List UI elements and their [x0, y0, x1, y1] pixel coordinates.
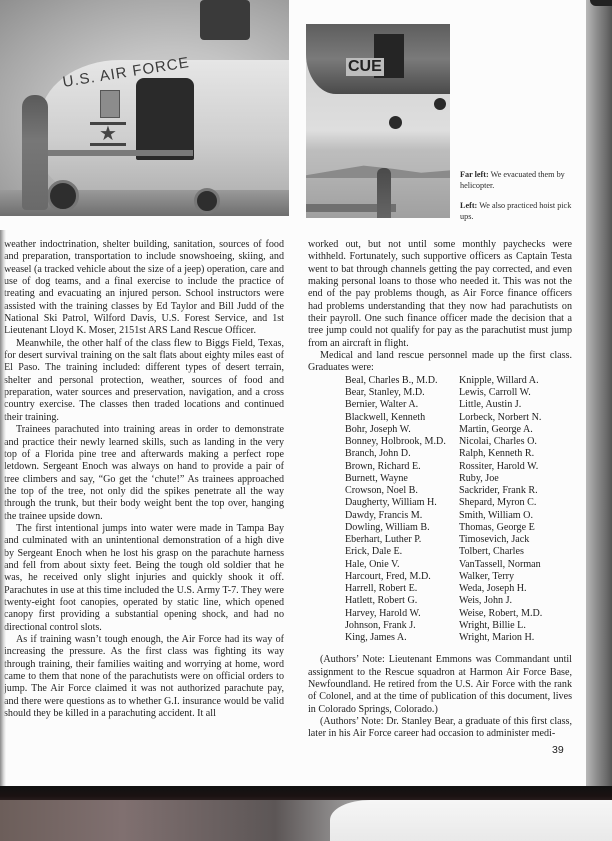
graduate: Weise, Robert, M.D.: [459, 608, 579, 620]
wheel-icon: [194, 188, 220, 214]
graduate: Ralph, Kenneth R.: [459, 448, 579, 460]
graduates-list: Beal, Charles B., M.D.Knipple, Willard A…: [345, 375, 572, 645]
left-text-column: weather indoctrination, shelter building…: [4, 239, 284, 720]
caption-far-left: Far left: We evacuated them by helicopte…: [460, 170, 578, 191]
graduate: VanTassell, Norman: [459, 559, 579, 571]
star-insignia-icon: ★: [90, 122, 126, 146]
graduate: Bonney, Holbrook, M.D.: [345, 436, 455, 448]
graduate: Brown, Richard E.: [345, 461, 455, 473]
paragraph: As if training wasn’t tough enough, the …: [4, 634, 284, 720]
fuselage-lettering: CUE: [346, 58, 384, 76]
graduate: Branch, John D.: [345, 448, 455, 460]
graduate: Harrell, Robert E.: [345, 583, 455, 595]
graduate: Weis, John J.: [459, 595, 579, 607]
graduate: Walker, Terry: [459, 571, 579, 583]
airman-figure: [22, 95, 48, 210]
binding-gutter-shadow: [0, 230, 6, 786]
graduate: Nicolai, Charles O.: [459, 436, 579, 448]
paragraph: Trainees parachuted into training areas …: [4, 424, 284, 523]
graduate: Burnett, Wayne: [345, 473, 455, 485]
graduate: Daugherty, William H.: [345, 497, 455, 509]
authors-notes: (Authors’ Note: Lieutenant Emmons was Co…: [308, 654, 572, 740]
helicopter-door: [136, 78, 194, 160]
graduate: Wright, Marion H.: [459, 632, 579, 644]
graduate: Eberhart, Luther P.: [345, 534, 455, 546]
graduate: Shepard, Myron C.: [459, 497, 579, 509]
graduate: Lorbeck, Norbert N.: [459, 412, 579, 424]
authors-note: (Authors’ Note: Dr. Stanley Bear, a grad…: [308, 716, 572, 741]
page-edge-shadow: [586, 0, 612, 790]
graduate: Bernier, Walter A.: [345, 399, 455, 411]
graduate: Ruby, Joe: [459, 473, 579, 485]
graduate: Wright, Billie L.: [459, 620, 579, 632]
photo-helicopter-evacuation: U.S. AIR FORCE ★: [0, 0, 289, 216]
scanner-background: [0, 800, 612, 841]
graduate: Harvey, Harold W.: [345, 608, 455, 620]
graduate: Thomas, George E: [459, 522, 579, 534]
graduate: Rossiter, Harold W.: [459, 461, 579, 473]
graduate: Dowling, William B.: [345, 522, 455, 534]
graduate: Sackrider, Frank R.: [459, 485, 579, 497]
graduate: Erick, Dale E.: [345, 546, 455, 558]
paragraph: Meanwhile, the other half of the class f…: [4, 338, 284, 424]
photo-caption: Far left: We evacuated them by helicopte…: [460, 170, 578, 232]
authors-note: (Authors’ Note: Lieutenant Emmons was Co…: [308, 654, 572, 716]
graduate: Hatlett, Robert G.: [345, 595, 455, 607]
helicopter-window: [100, 90, 120, 118]
graduate: Lewis, Carroll W.: [459, 387, 579, 399]
photo-hoist-pickup: CUE: [306, 24, 450, 218]
graduate: Beal, Charles B., M.D.: [345, 375, 455, 387]
wheel-icon: [389, 116, 402, 129]
caption-left: Left: We also practiced hoist pick ups.: [460, 201, 578, 222]
graduate: Bohr, Joseph W.: [345, 424, 455, 436]
right-text-column: worked out, but not until some monthly p…: [308, 239, 572, 741]
paragraph: Medical and land rescue personnel made u…: [308, 350, 572, 375]
graduate: Tolbert, Charles: [459, 546, 579, 558]
graduate: King, James A.: [345, 632, 455, 644]
stretcher: [28, 150, 193, 156]
graduate: Smith, William O.: [459, 510, 579, 522]
wheel-icon: [434, 98, 446, 110]
graduate: Hale, Onie V.: [345, 559, 455, 571]
graduate: Harcourt, Fred, M.D.: [345, 571, 455, 583]
graduate: Weda, Joseph H.: [459, 583, 579, 595]
page-number: 39: [552, 744, 564, 756]
graduate: Little, Austin J.: [459, 399, 579, 411]
graduate: Dawdy, Francis M.: [345, 510, 455, 522]
graduate: Knipple, Willard A.: [459, 375, 579, 387]
graduate: Martin, George A.: [459, 424, 579, 436]
paragraph: The first intentional jumps into water w…: [4, 523, 284, 634]
wheel-icon: [47, 180, 79, 212]
book-page: U.S. AIR FORCE ★ CUE Far left: We evacua…: [0, 0, 586, 786]
trainee-figure: [377, 168, 391, 218]
graduate: Johnson, Frank J.: [345, 620, 455, 632]
graduate: Timosevich, Jack: [459, 534, 579, 546]
paragraph: weather indoctrination, shelter building…: [4, 239, 284, 338]
graduate: Blackwell, Kenneth: [345, 412, 455, 424]
helicopter-cockpit: [200, 0, 250, 40]
page-corner-shadow: [590, 0, 612, 6]
paragraph: worked out, but not until some monthly p…: [308, 239, 572, 350]
graduate: Crowson, Noel B.: [345, 485, 455, 497]
graduate: Bear, Stanley, M.D.: [345, 387, 455, 399]
